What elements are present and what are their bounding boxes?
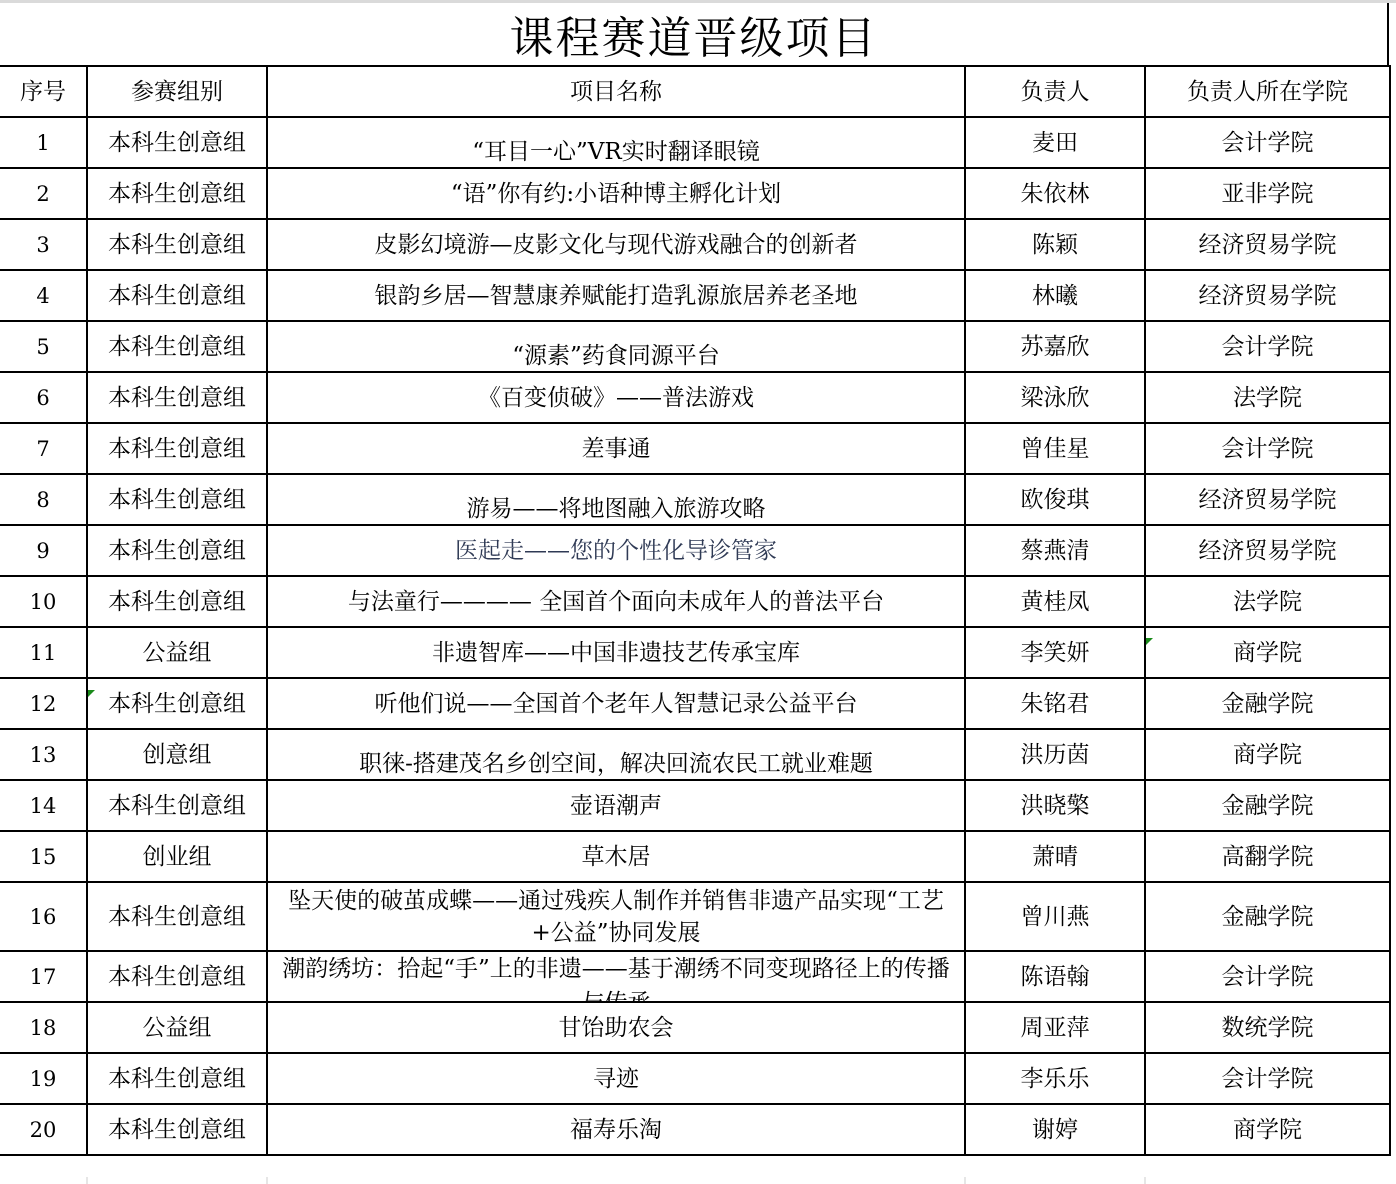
cell-group[interactable]: 本科生创意组 <box>87 321 267 372</box>
cell-group[interactable]: 本科生创意组 <box>87 372 267 423</box>
cell-college[interactable]: 经济贸易学院 <box>1145 219 1390 270</box>
comment-marker-icon[interactable] <box>1146 638 1153 645</box>
cell-leader[interactable]: 李笑妍 <box>965 627 1145 678</box>
cell-college[interactable]: 商学院 <box>1145 729 1390 780</box>
cell-index[interactable]: 18 <box>0 1002 87 1053</box>
cell-project[interactable]: 《百变侦破》——普法游戏 <box>267 372 965 423</box>
cell-project[interactable]: 草木居 <box>267 831 965 882</box>
cell-leader[interactable]: 萧晴 <box>965 831 1145 882</box>
cell-college[interactable]: 经济贸易学院 <box>1145 474 1390 525</box>
cell-project[interactable]: 医起走——您的个性化导诊管家 <box>267 525 965 576</box>
table-row: 10 本科生创意组 与法童行———— 全国首个面向未成年人的普法平台 黄桂凤 法… <box>0 576 1390 627</box>
cell-leader[interactable]: 陈颖 <box>965 219 1145 270</box>
cell-leader[interactable]: 林曦 <box>965 270 1145 321</box>
cell-college[interactable]: 亚非学院 <box>1145 168 1390 219</box>
table-row: 11 公益组 非遗智库——中国非遗技艺传承宝库 李笑妍 商学院 <box>0 627 1390 678</box>
table-row: 14 本科生创意组 壶语潮声 洪晓檠 金融学院 <box>0 780 1390 831</box>
cell-project[interactable]: “耳目一心”VR实时翻译眼镜 <box>267 117 965 168</box>
cell-college[interactable]: 法学院 <box>1145 372 1390 423</box>
cell-leader[interactable]: 麦田 <box>965 117 1145 168</box>
cell-index[interactable]: 6 <box>0 372 87 423</box>
cell-leader[interactable]: 黄桂凤 <box>965 576 1145 627</box>
cell-group[interactable]: 本科生创意组 <box>87 678 267 729</box>
cell-project[interactable]: 非遗智库——中国非遗技艺传承宝库 <box>267 627 965 678</box>
cell-index[interactable]: 11 <box>0 627 87 678</box>
cell-index[interactable]: 17 <box>0 951 87 1002</box>
cell-group[interactable]: 本科生创意组 <box>87 270 267 321</box>
cell-index[interactable]: 9 <box>0 525 87 576</box>
cell-leader[interactable]: 苏嘉欣 <box>965 321 1145 372</box>
table-row: 13 创意组 职徕-搭建茂名乡创空间，解决回流农民工就业难题 洪历茵 商学院 <box>0 729 1390 780</box>
cell-leader[interactable]: 梁泳欣 <box>965 372 1145 423</box>
cell-group[interactable]: 本科生创意组 <box>87 1104 267 1155</box>
cell-index[interactable]: 7 <box>0 423 87 474</box>
cell-project[interactable]: 银韵乡居—智慧康养赋能打造乳源旅居养老圣地 <box>267 270 965 321</box>
cell-index[interactable]: 14 <box>0 780 87 831</box>
cell-index[interactable]: 15 <box>0 831 87 882</box>
cell-college[interactable]: 商学院 <box>1145 627 1390 678</box>
table-row: 20 本科生创意组 福寿乐淘 谢婷 商学院 <box>0 1104 1390 1155</box>
header-index[interactable]: 序号 <box>0 66 87 117</box>
table-row: 19 本科生创意组 寻迹 李乐乐 会计学院 <box>0 1053 1390 1104</box>
cell-index[interactable]: 20 <box>0 1104 87 1155</box>
table-row: 5 本科生创意组 “源素”药食同源平台 苏嘉欣 会计学院 <box>0 321 1390 372</box>
cell-leader[interactable]: 曾川燕 <box>965 882 1145 951</box>
cell-group[interactable]: 本科生创意组 <box>87 168 267 219</box>
table-row: 2 本科生创意组 “语”你有约:小语种博主孵化计划 朱依林 亚非学院 <box>0 168 1390 219</box>
cell-project[interactable]: 壶语潮声 <box>267 780 965 831</box>
table-row: 1 本科生创意组 “耳目一心”VR实时翻译眼镜 麦田 会计学院 <box>0 117 1390 168</box>
cell-college[interactable]: 会计学院 <box>1145 117 1390 168</box>
cell-college[interactable]: 会计学院 <box>1145 321 1390 372</box>
cell-project[interactable]: 职徕-搭建茂名乡创空间，解决回流农民工就业难题 <box>267 729 965 780</box>
cell-college[interactable]: 法学院 <box>1145 576 1390 627</box>
cell-project[interactable]: “语”你有约:小语种博主孵化计划 <box>267 168 965 219</box>
table-row: 6 本科生创意组 《百变侦破》——普法游戏 梁泳欣 法学院 <box>0 372 1390 423</box>
table-row: 4 本科生创意组 银韵乡居—智慧康养赋能打造乳源旅居养老圣地 林曦 经济贸易学院 <box>0 270 1390 321</box>
cell-leader[interactable]: 洪历茵 <box>965 729 1145 780</box>
header-college[interactable]: 负责人所在学院 <box>1145 66 1390 117</box>
table-row: 17 本科生创意组 潮韵绣坊：拾起“手”上的非遗——基于潮绣不同变现路径上的传播… <box>0 951 1390 1002</box>
header-group[interactable]: 参赛组别 <box>87 66 267 117</box>
cell-project[interactable]: 潮韵绣坊：拾起“手”上的非遗——基于潮绣不同变现路径上的传播与传承 <box>267 951 965 1002</box>
cell-index[interactable]: 2 <box>0 168 87 219</box>
cell-leader[interactable]: 李乐乐 <box>965 1053 1145 1104</box>
cell-college[interactable]: 会计学院 <box>1145 423 1390 474</box>
table-row: 15 创业组 草木居 萧晴 高翻学院 <box>0 831 1390 882</box>
cell-leader[interactable]: 蔡燕清 <box>965 525 1145 576</box>
cell-college[interactable]: 商学院 <box>1145 1104 1390 1155</box>
cell-group[interactable]: 本科生创意组 <box>87 576 267 627</box>
cell-group[interactable]: 本科生创意组 <box>87 1053 267 1104</box>
cell-project[interactable]: 福寿乐淘 <box>267 1104 965 1155</box>
cell-group[interactable]: 创业组 <box>87 831 267 882</box>
cell-project-text: 潮韵绣坊：拾起“手”上的非遗——基于潮绣不同变现路径上的传播与传承 <box>272 952 960 1001</box>
header-row: 序号 参赛组别 项目名称 负责人 负责人所在学院 <box>0 66 1390 117</box>
cell-college[interactable]: 高翻学院 <box>1145 831 1390 882</box>
table-row: 8 本科生创意组 游易——将地图融入旅游攻略 欧俊琪 经济贸易学院 <box>0 474 1390 525</box>
cell-group[interactable]: 创意组 <box>87 729 267 780</box>
cell-leader[interactable]: 周亚萍 <box>965 1002 1145 1053</box>
cell-leader[interactable]: 洪晓檠 <box>965 780 1145 831</box>
table-row: 16 本科生创意组 坠天使的破茧成蝶——通过残疾人制作并销售非遗产品实现“工艺+… <box>0 882 1390 951</box>
cell-group[interactable]: 本科生创意组 <box>87 525 267 576</box>
sheet-gridline <box>1144 1177 1146 1184</box>
header-project[interactable]: 项目名称 <box>267 66 965 117</box>
projects-table: 序号 参赛组别 项目名称 负责人 负责人所在学院 1 本科生创意组 “耳目一心”… <box>0 65 1391 1156</box>
cell-project[interactable]: 寻迹 <box>267 1053 965 1104</box>
table-row: 18 公益组 甘饴助农会 周亚萍 数统学院 <box>0 1002 1390 1053</box>
cell-project[interactable]: 差事通 <box>267 423 965 474</box>
cell-group[interactable]: 本科生创意组 <box>87 882 267 951</box>
cell-index[interactable]: 13 <box>0 729 87 780</box>
cell-leader[interactable]: 欧俊琪 <box>965 474 1145 525</box>
cell-index[interactable]: 12 <box>0 678 87 729</box>
cell-group[interactable]: 公益组 <box>87 1002 267 1053</box>
cell-group[interactable]: 本科生创意组 <box>87 117 267 168</box>
cell-index[interactable]: 8 <box>0 474 87 525</box>
cell-project[interactable]: 坠天使的破茧成蝶——通过残疾人制作并销售非遗产品实现“工艺+公益”协同发展 <box>267 882 965 951</box>
cell-project[interactable]: “源素”药食同源平台 <box>267 321 965 372</box>
cell-project[interactable]: 皮影幻境游—皮影文化与现代游戏融合的创新者 <box>267 219 965 270</box>
cell-index[interactable]: 10 <box>0 576 87 627</box>
cell-index[interactable]: 16 <box>0 882 87 951</box>
sheet-gridline <box>86 1177 88 1184</box>
cell-leader[interactable]: 陈语翰 <box>965 951 1145 1002</box>
cell-college[interactable]: 数统学院 <box>1145 1002 1390 1053</box>
cell-index[interactable]: 19 <box>0 1053 87 1104</box>
cell-college[interactable]: 金融学院 <box>1145 780 1390 831</box>
cell-group[interactable]: 本科生创意组 <box>87 780 267 831</box>
cell-project[interactable]: 与法童行———— 全国首个面向未成年人的普法平台 <box>267 576 965 627</box>
table-row: 9 本科生创意组 医起走——您的个性化导诊管家 蔡燕清 经济贸易学院 <box>0 525 1390 576</box>
cell-college[interactable]: 金融学院 <box>1145 882 1390 951</box>
sheet-title: 课程赛道晋级项目 <box>0 3 1389 65</box>
sheet-gridline <box>266 1177 268 1184</box>
comment-marker-icon[interactable] <box>88 690 95 697</box>
header-leader[interactable]: 负责人 <box>965 66 1145 117</box>
cell-college[interactable]: 会计学院 <box>1145 951 1390 1002</box>
cell-leader[interactable]: 曾佳星 <box>965 423 1145 474</box>
cell-project[interactable]: 甘饴助农会 <box>267 1002 965 1053</box>
cell-leader[interactable]: 朱铭君 <box>965 678 1145 729</box>
cell-college[interactable]: 金融学院 <box>1145 678 1390 729</box>
cell-group[interactable]: 本科生创意组 <box>87 474 267 525</box>
table-row: 3 本科生创意组 皮影幻境游—皮影文化与现代游戏融合的创新者 陈颖 经济贸易学院 <box>0 219 1390 270</box>
cell-group[interactable]: 公益组 <box>87 627 267 678</box>
cell-college[interactable]: 经济贸易学院 <box>1145 525 1390 576</box>
table-row: 12 本科生创意组 听他们说——全国首个老年人智慧记录公益平台 朱铭君 金融学院 <box>0 678 1390 729</box>
cell-index[interactable]: 5 <box>0 321 87 372</box>
cell-index[interactable]: 3 <box>0 219 87 270</box>
cell-college[interactable]: 会计学院 <box>1145 1053 1390 1104</box>
cell-project[interactable]: 听他们说——全国首个老年人智慧记录公益平台 <box>267 678 965 729</box>
table-row: 7 本科生创意组 差事通 曾佳星 会计学院 <box>0 423 1390 474</box>
cell-index[interactable]: 1 <box>0 117 87 168</box>
sheet-gridline <box>964 1177 966 1184</box>
cell-leader[interactable]: 谢婷 <box>965 1104 1145 1155</box>
cell-index[interactable]: 4 <box>0 270 87 321</box>
cell-leader[interactable]: 朱依林 <box>965 168 1145 219</box>
cell-project[interactable]: 游易——将地图融入旅游攻略 <box>267 474 965 525</box>
cell-group[interactable]: 本科生创意组 <box>87 951 267 1002</box>
cell-group[interactable]: 本科生创意组 <box>87 423 267 474</box>
cell-college[interactable]: 经济贸易学院 <box>1145 270 1390 321</box>
cell-group[interactable]: 本科生创意组 <box>87 219 267 270</box>
